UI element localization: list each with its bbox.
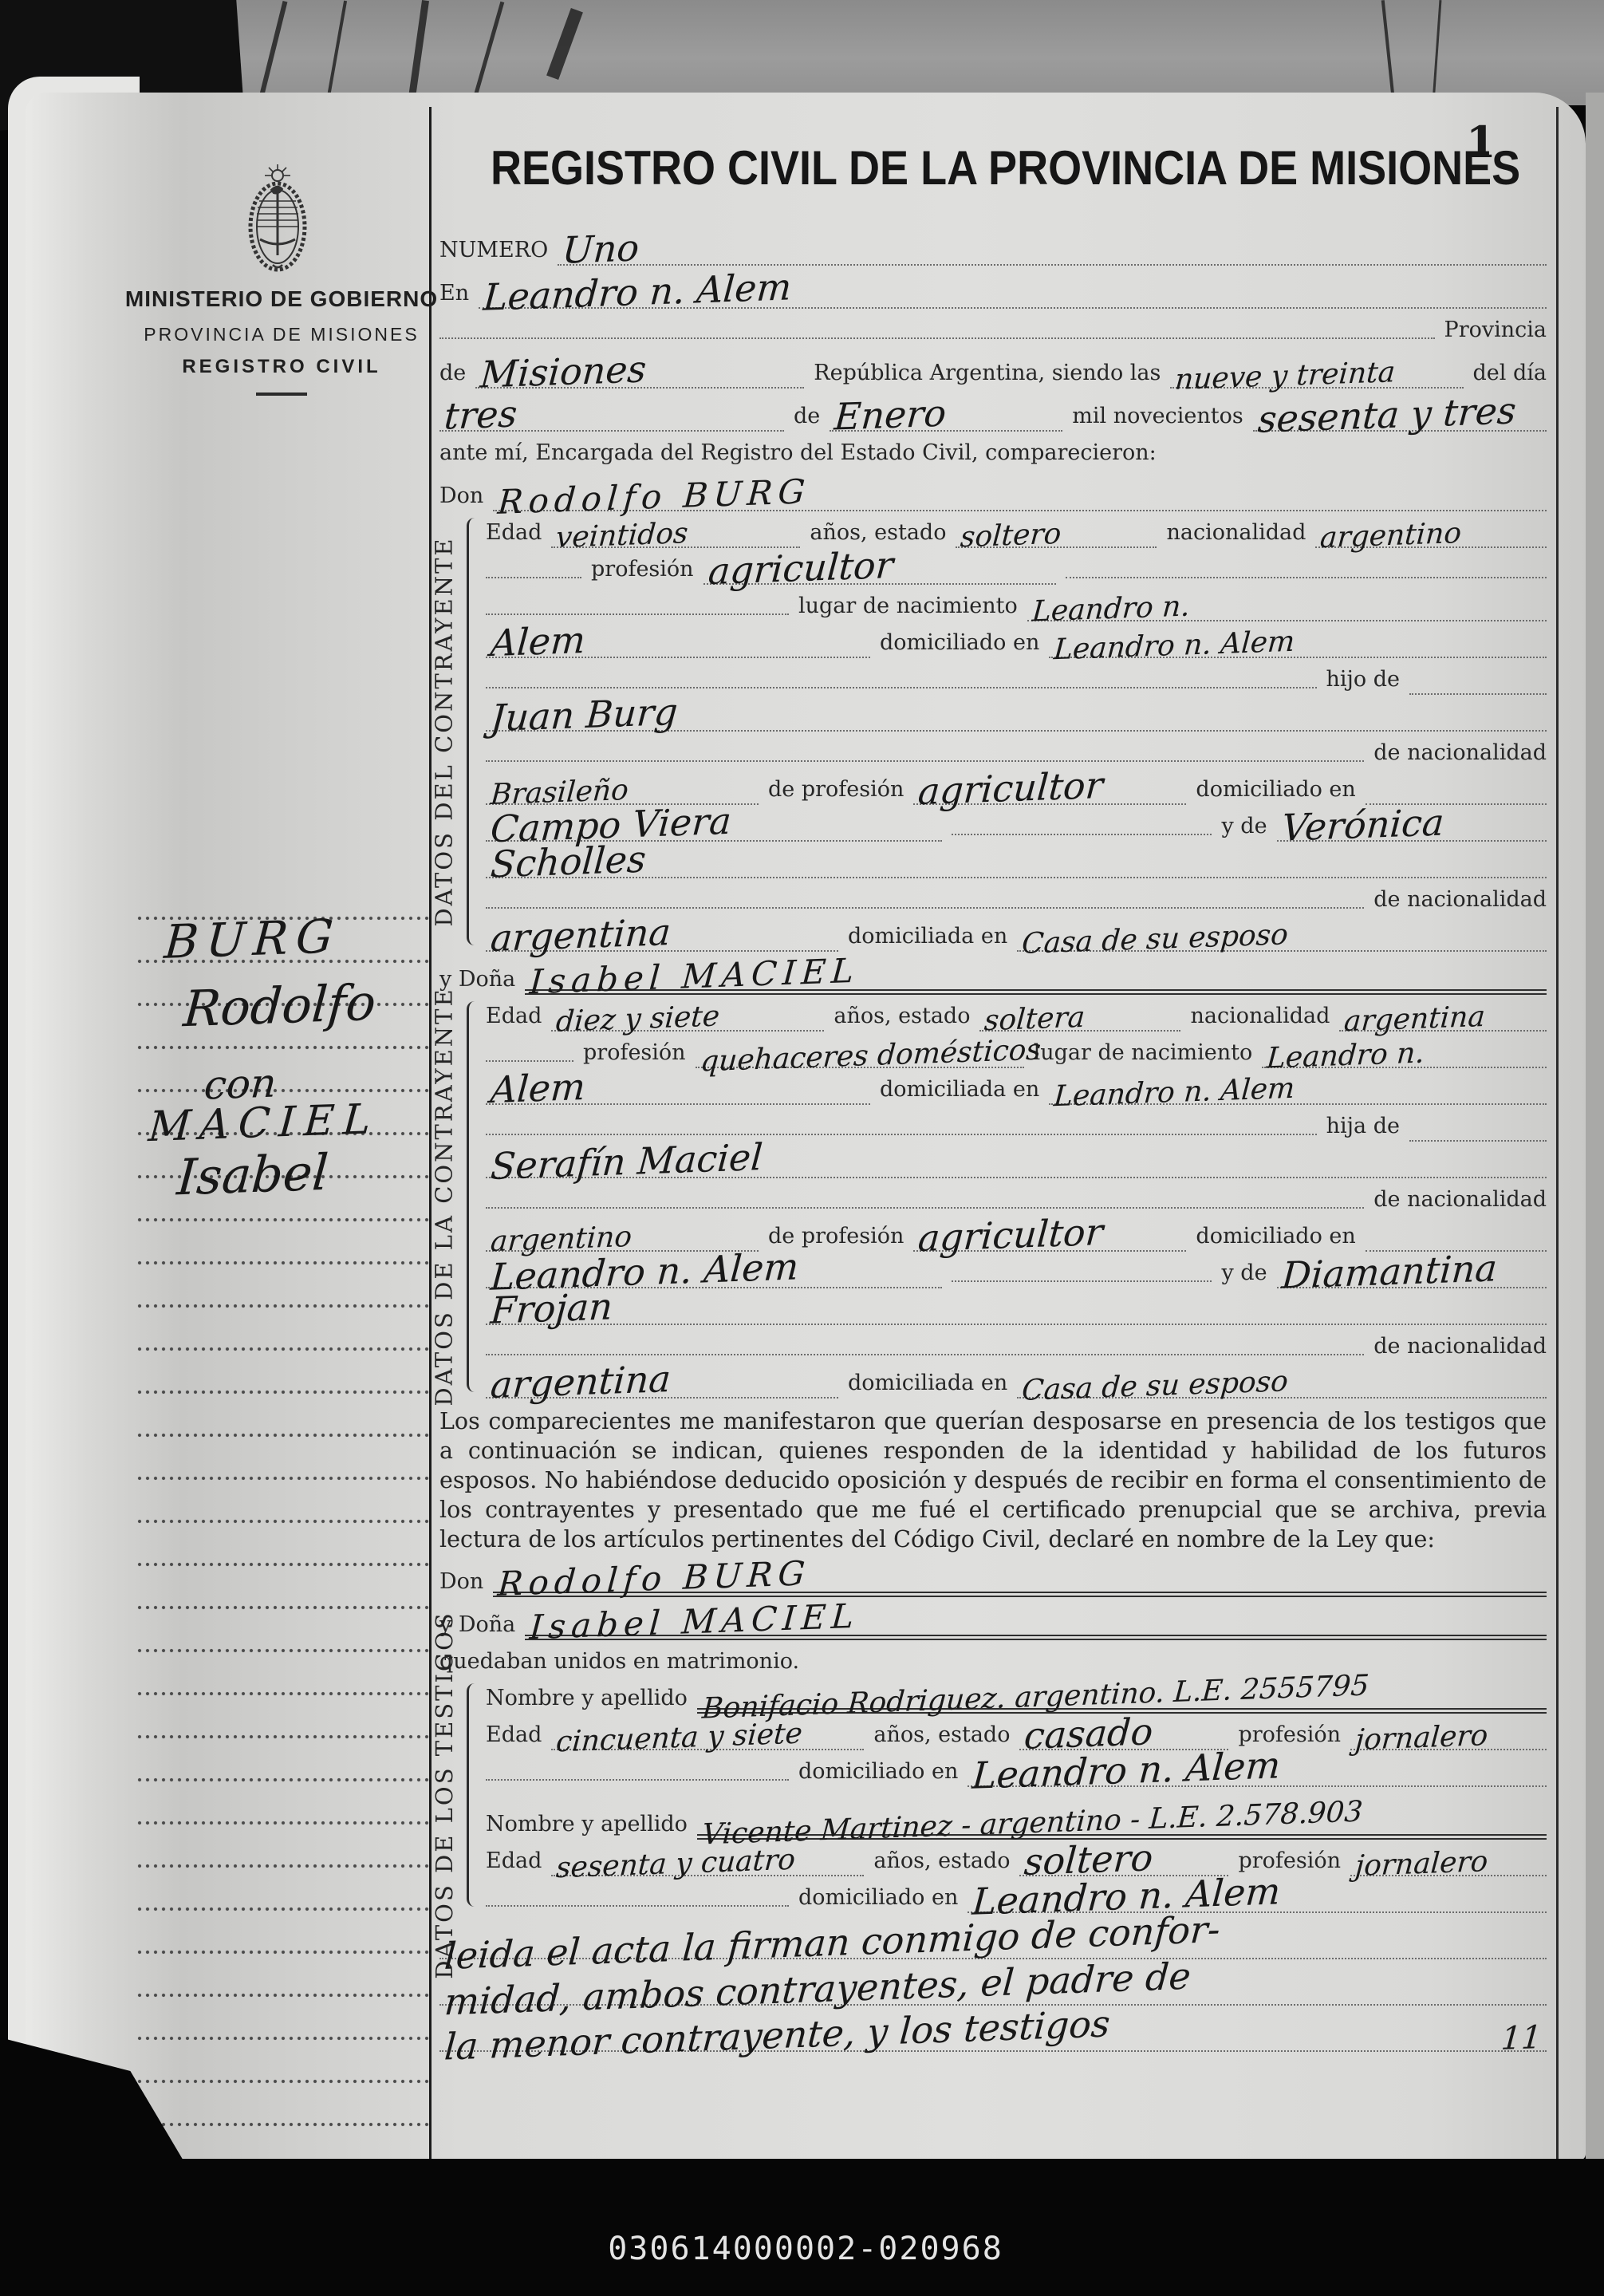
groom-padre-domicilio-field: Campo Viera: [486, 808, 942, 842]
ministry-divider: [256, 393, 307, 396]
bride-padre-value: Serafín Maciel: [490, 1140, 764, 1185]
bride-padre-profesion-field: agricultor: [913, 1218, 1186, 1252]
empty-field: [1409, 1140, 1547, 1142]
row-w1-nombre: Nombre y apellido Bonifacio Rodriguez. a…: [481, 1677, 1551, 1714]
row-groom-domicilio: Alem domiciliado en Leandro n. Alem: [481, 621, 1551, 658]
row-w1-domicilio: domiciliado en Leandro n. Alem: [481, 1750, 1551, 1787]
bride-madre-domicilio-field: Casa de su esposo: [1017, 1373, 1547, 1399]
dotted-rule: [486, 1132, 1317, 1135]
lugar-nacimiento-label-2: lugar de nacimiento: [1034, 1040, 1253, 1068]
bride-padre-domicilio-field: Leandro n. Alem: [486, 1255, 942, 1288]
dotted-rule: [486, 1352, 1364, 1355]
closing-mark: 11: [1500, 2022, 1543, 2054]
groom-nacionalidad-value: argentino: [1319, 520, 1462, 552]
bride-madre-field: Diamantina: [1277, 1255, 1547, 1288]
bride-edad-field: diez y siete: [551, 1006, 824, 1032]
dotted-rule: [1066, 575, 1547, 578]
groom-madre-nacionalidad-value: argentina: [490, 915, 672, 957]
row-padre: Juan Burg: [481, 695, 1551, 732]
dotted-rule: [486, 759, 1364, 762]
republica-label: República Argentina, siendo las: [814, 361, 1161, 389]
margin-note-firstname-bride: Isabel: [175, 1150, 329, 1202]
groom-padre-value: Juan Burg: [490, 695, 680, 736]
mes-field: Enero: [830, 398, 1062, 432]
row-don: Don Rodolfo BURG: [435, 468, 1551, 511]
row-bride-edad: Edad diez y siete años, estado soltera n…: [481, 995, 1551, 1032]
w1-nombre-field: Bonifacio Rodriguez. argentino. L.E. 255…: [697, 1684, 1547, 1714]
scan-artifact: [546, 8, 583, 80]
row-bride-domicilio: Alem domiciliada en Leandro n. Alem: [481, 1068, 1551, 1105]
bride-edad-value: diez y siete: [555, 1003, 720, 1036]
groom-estado-value: soltero: [960, 521, 1062, 552]
provincia-value: Misiones: [479, 353, 648, 393]
ministry-block: MINISTERIO DE GOBIERNO PROVINCIA DE MISI…: [118, 281, 445, 396]
bride-profesion-field: quehaceres domésticos: [696, 1043, 1024, 1068]
row-united: quedaban unidos en matrimonio.: [435, 1640, 1551, 1677]
groom-madre-domicilio-field: Casa de su esposo: [1017, 926, 1547, 952]
row-madre-domicilio: argentina domiciliada en Casa de su espo…: [481, 915, 1551, 952]
scan-artifact: [473, 2, 505, 99]
groom-padre-field: Juan Burg: [486, 698, 1547, 732]
row-bride-padre-datos: argentino de profesión agricultor domici…: [481, 1215, 1551, 1252]
groom-nacimiento-field: Leandro n.: [1027, 596, 1547, 621]
margin-annotation: BURG Rodolfo con MACIEL Isabel: [137, 916, 429, 2157]
scan-artifact: [326, 1, 347, 102]
form-right-rule: [1556, 107, 1559, 2159]
scan-artifact: [1433, 0, 1442, 102]
y-de-label: y de: [1221, 814, 1267, 842]
declaration-paragraph: Los comparecientes me manifestaron que q…: [435, 1399, 1551, 1554]
nombre-apellido-label: Nombre y apellido: [486, 1686, 688, 1714]
w2-profesion-value: jornalero: [1354, 1848, 1489, 1880]
empty-field: [1409, 693, 1547, 695]
groom-madre-value-2: Scholles: [490, 842, 648, 883]
ministry-line-1: MINISTERIO DE GOBIERNO: [118, 281, 445, 318]
row-closing-1: leida el acta la firman conmigo de confo…: [435, 1913, 1551, 1959]
margin-note-firstname-groom: Rodolfo: [182, 980, 377, 1033]
row-groom-nacimiento: lugar de nacimiento Leandro n.: [481, 585, 1551, 621]
row-declaration-dona: y Doña Isabel MACIEL: [435, 1597, 1551, 1640]
dotted-rule: [486, 1205, 1364, 1209]
bride-nacimiento-field: Leandro n.: [1262, 1043, 1547, 1068]
anio-value: sesenta y tres: [1256, 394, 1517, 438]
w1-profesion-field: jornalero: [1350, 1725, 1547, 1750]
domiciliado-label: domiciliado en: [880, 630, 1039, 658]
row-bride-padre: Serafín Maciel: [481, 1142, 1551, 1178]
groom-domicilio-field: Leandro n. Alem: [1049, 633, 1547, 658]
form-title: REGISTRO CIVIL DE LA PROVINCIA DE MISION…: [491, 140, 1496, 195]
dotted-rule: [486, 575, 581, 578]
w2-edad-value: sesenta y cuatro: [555, 1847, 796, 1883]
row-hijo-de: hijo de: [481, 658, 1551, 695]
closing-line-2-field: midad, ambos contrayentes, el padre de: [439, 1972, 1547, 2006]
groom-profesion-value: agricultor: [707, 548, 894, 590]
row-en: En Leandro n. Alem: [435, 266, 1551, 309]
don-label: Don: [439, 483, 483, 511]
w2-edad-field: sesenta y cuatro: [551, 1851, 864, 1876]
lugar-nacimiento-label: lugar de nacimiento: [798, 594, 1018, 621]
dia-field: tres: [439, 398, 784, 432]
row-de-provincia: de Misiones República Argentina, siendo …: [435, 345, 1551, 389]
bride-section: DATOS DE LA CONTRAYENTE Edad diez y siet…: [435, 995, 1551, 1399]
row-declaration-don: Don Rodolfo BURG: [435, 1554, 1551, 1597]
nacionalidad-label: nacionalidad: [1166, 520, 1306, 548]
row-bride-madre-domicilio: argentina domiciliada en Casa de su espo…: [481, 1362, 1551, 1399]
bride-nacionalidad-value: argentina: [1343, 1004, 1486, 1036]
witnesses-section: DATOS DE LOS TESTIGOS Nombre y apellido …: [435, 1677, 1551, 1913]
dotted-rule: [486, 1903, 789, 1907]
row-bride-padre-nacionalidad-label: de nacionalidad: [481, 1178, 1551, 1215]
numero-label: NUMERO: [439, 238, 548, 266]
groom-nacionalidad-field: argentino: [1315, 523, 1547, 548]
scan-bottom-band: [0, 2159, 1604, 2296]
groom-brace: [467, 518, 479, 945]
groom-nacimiento-value-1: Leandro n.: [1031, 593, 1191, 625]
groom-nacimiento-value-2: Alem: [490, 623, 587, 661]
form-body: REGISTRO CIVIL DE LA PROVINCIA DE MISION…: [435, 118, 1551, 2052]
bride-nacimiento-field-2: Alem: [486, 1071, 870, 1105]
hijo-de-label: hijo de: [1326, 667, 1401, 695]
anio-field: sesenta y tres: [1253, 398, 1547, 432]
ministry-line-3: REGISTRO CIVIL: [118, 351, 445, 383]
bride-nacimiento-value-1: Leandro n.: [1266, 1040, 1425, 1072]
anos-estado-label-2: años, estado: [834, 1004, 970, 1032]
page-right-edge: [1586, 93, 1604, 2160]
row-bride-madre-2: Frojan: [481, 1288, 1551, 1325]
margin-note-surname-bride: MACIEL: [147, 1100, 380, 1148]
archive-reference-code: 030614000002-020968: [606, 2231, 1005, 2267]
row-w2-edad: Edad sesenta y cuatro años, estado solte…: [481, 1840, 1551, 1876]
domiciliado-label-2: domiciliado en: [1196, 777, 1355, 805]
w2-domicilio-field: Leandro n. Alem: [968, 1880, 1547, 1913]
de-nacionalidad-label-4: de nacionalidad: [1373, 1334, 1547, 1362]
edad-label-3: Edad: [486, 1722, 542, 1750]
lugar-value: Leandro n. Alem: [483, 270, 793, 316]
dotted-rule: [952, 832, 1212, 835]
row-bride-madre-nacionalidad-label: de nacionalidad: [481, 1325, 1551, 1362]
bride-estado-value: soltera: [983, 1004, 1086, 1036]
edad-label: Edad: [486, 520, 542, 548]
groom-domicilio-value: Leandro n. Alem: [1053, 628, 1295, 664]
groom-padre-profesion-value: agricultor: [917, 768, 1105, 810]
y-de-label-2: y de: [1221, 1260, 1267, 1288]
numero-value: Uno: [562, 231, 640, 269]
dona-field: Isabel MACIEL: [525, 961, 1547, 995]
declaration-don-value: Rodolfo BURG: [497, 1557, 812, 1600]
bride-padre-profesion-value: agricultor: [917, 1215, 1105, 1256]
nacionalidad-label-2: nacionalidad: [1190, 1004, 1330, 1032]
dia-value: tres: [443, 397, 518, 435]
row-numero: NUMERO Uno: [435, 223, 1551, 266]
de-nacionalidad-label-3: de nacionalidad: [1373, 1187, 1547, 1215]
dotted-rule: [486, 612, 789, 615]
bride-madre-value-2: Frojan: [490, 1290, 614, 1329]
row-padre-domicilio: Campo Viera y de Verónica: [481, 805, 1551, 842]
witnesses-brace: [467, 1683, 479, 1907]
w1-edad-value: cincuenta y siete: [555, 1720, 803, 1756]
hora-value: nueve y treinta: [1174, 359, 1396, 394]
bride-madre-value-1: Diamantina: [1280, 1252, 1498, 1294]
declaration-dona-field: Isabel MACIEL: [525, 1606, 1547, 1640]
dotted-rule: [952, 1279, 1212, 1282]
bride-padre-field: Serafín Maciel: [486, 1145, 1547, 1178]
w2-estado-field: soltero: [1019, 1843, 1228, 1876]
groom-madre-field-2: Scholles: [486, 845, 1547, 878]
row-madre-2: Scholles: [481, 842, 1551, 878]
margin-note-surname-groom: BURG: [163, 914, 342, 965]
del-dia-label: del día: [1473, 361, 1547, 389]
hija-de-label: hija de: [1326, 1114, 1400, 1142]
ante-mi-label: ante mí, Encargada del Registro del Esta…: [439, 440, 1157, 468]
declaration-don-field: Rodolfo BURG: [493, 1563, 1547, 1597]
provincia-label: Provincia: [1444, 318, 1547, 345]
argentina-coat-of-arms-emblem: [230, 163, 325, 282]
row-fecha: tres de Enero mil novecientos sesenta y …: [435, 389, 1551, 432]
mil-novecientos-label: mil novecientos: [1072, 404, 1243, 432]
hora-field: nueve y treinta: [1170, 363, 1463, 389]
row-padre-datos: Brasileño de profesión agricultor domici…: [481, 768, 1551, 805]
bride-estado-field: soltera: [979, 1006, 1180, 1032]
closing-line-3-field: la menor contrayente, y los testigos11: [439, 2018, 1547, 2052]
groom-section: DATOS DEL CONTRAYENTE Edad veintidos año…: [435, 511, 1551, 952]
profesion-label: profesión: [591, 557, 694, 585]
row-y-dona: y Doña Isabel MACIEL: [435, 952, 1551, 995]
mes-value: Enero: [834, 396, 948, 436]
bride-madre-nacionalidad-field: argentina: [486, 1365, 838, 1399]
w1-profesion-value: jornalero: [1354, 1722, 1489, 1754]
groom-nacimiento-field-2: Alem: [486, 625, 870, 658]
de2-label: de: [794, 404, 820, 432]
groom-profesion-field: agricultor: [703, 551, 1056, 585]
de-nacionalidad-label-2: de nacionalidad: [1373, 887, 1547, 915]
dotted-rule: [486, 1777, 789, 1781]
row-bride-padre-domicilio: Leandro n. Alem y de Diamantina: [481, 1252, 1551, 1288]
don-field: Rodolfo BURG: [493, 481, 1547, 511]
declaration-dona-value: Isabel MACIEL: [529, 1600, 861, 1643]
nombre-apellido-label-2: Nombre y apellido: [486, 1812, 688, 1840]
row-w2-domicilio: domiciliado en Leandro n. Alem: [481, 1876, 1551, 1913]
row-groom-profesion: profesión agricultor: [481, 548, 1551, 585]
scanned-registry-page: 1 MINISTERIO DE GOBIERNO PROVINCIA DE: [0, 0, 1604, 2296]
row-madre-nacionalidad-label: de nacionalidad: [481, 878, 1551, 915]
ministry-line-2: PROVINCIA DE MISIONES: [118, 318, 445, 351]
domiciliada-label-2: domiciliada en: [880, 1077, 1039, 1105]
w2-nombre-field: Vicente Martinez - argentino - L.E. 2.57…: [697, 1810, 1547, 1840]
closing-line-1-field: leida el acta la firman conmigo de confo…: [439, 1926, 1547, 1959]
domiciliada-label-3: domiciliada en: [848, 1371, 1007, 1399]
groom-estado-field: soltero: [956, 523, 1157, 548]
bride-side-label: DATOS DE LA CONTRAYENTE: [425, 995, 463, 1399]
dotted-rule: [486, 905, 1364, 909]
groom-edad-field: veintidos: [551, 523, 800, 548]
scan-artifact: [260, 1, 288, 95]
dotted-rule: [486, 685, 1317, 688]
witnesses-side-label: DATOS DE LOS TESTIGOS: [425, 1677, 463, 1913]
w1-edad-field: cincuenta y siete: [551, 1725, 864, 1750]
domiciliado-label-3: domiciliado en: [1196, 1224, 1355, 1252]
anos-estado-label-4: años, estado: [873, 1848, 1010, 1876]
profesion-label-2: profesión: [583, 1040, 686, 1068]
scan-artifact: [408, 0, 429, 104]
row-w2-nombre: Nombre y apellido Vicente Martinez - arg…: [481, 1803, 1551, 1840]
bride-domicilio-value: Leandro n. Alem: [1053, 1075, 1295, 1111]
groom-padre-profesion-field: agricultor: [913, 771, 1186, 805]
numero-field: Uno: [558, 232, 1547, 266]
dotted-rule: [439, 336, 1435, 339]
bride-madre-field-2: Frojan: [486, 1292, 1547, 1325]
row-padre-nacionalidad-label: de nacionalidad: [481, 732, 1551, 768]
dona-value: Isabel MACIEL: [529, 955, 861, 998]
domiciliado-label-4: domiciliado en: [798, 1759, 958, 1787]
united-label: quedaban unidos en matrimonio.: [439, 1649, 799, 1677]
anos-estado-label-3: años, estado: [873, 1722, 1010, 1750]
w1-estado-field: casado: [1019, 1717, 1228, 1750]
de-label: de: [439, 361, 466, 389]
row-groom-edad: Edad veintidos años, estado soltero naci…: [481, 511, 1551, 548]
domiciliada-label: domiciliada en: [848, 924, 1007, 952]
groom-madre-value-1: Verónica: [1280, 806, 1444, 846]
en-field: Leandro n. Alem: [479, 275, 1547, 309]
bride-brace: [467, 1001, 479, 1392]
groom-madre-nacionalidad-field: argentina: [486, 918, 838, 952]
de-profesion-label: de profesión: [768, 777, 904, 805]
scan-artifact: [1381, 0, 1395, 96]
row-bride-profesion: profesión quehaceres domésticos lugar de…: [481, 1032, 1551, 1068]
row-w1-edad: Edad cincuenta y siete años, estado casa…: [481, 1714, 1551, 1750]
dotted-rule: [486, 1059, 573, 1062]
bride-madre-nacionalidad-value: argentina: [490, 1362, 672, 1403]
groom-side-label: DATOS DEL CONTRAYENTE: [425, 511, 463, 952]
en-label: En: [439, 281, 469, 309]
w2-profesion-field: jornalero: [1350, 1851, 1547, 1876]
edad-label-4: Edad: [486, 1848, 542, 1876]
closing-note: leida el acta la firman conmigo de confo…: [435, 1913, 1551, 2052]
bride-domicilio-field: Leandro n. Alem: [1049, 1079, 1547, 1105]
bride-nacimiento-value-2: Alem: [490, 1070, 587, 1108]
row-ante-mi: ante mí, Encargada del Registro del Esta…: [435, 432, 1551, 468]
w1-domicilio-value: Leandro n. Alem: [971, 1749, 1282, 1794]
groom-madre-field: Verónica: [1277, 808, 1547, 842]
don-label-2: Don: [439, 1569, 483, 1597]
w1-domicilio-field: Leandro n. Alem: [968, 1754, 1547, 1787]
de-nacionalidad-label: de nacionalidad: [1373, 740, 1547, 768]
provincia-field: Misiones: [475, 355, 804, 389]
bride-nacionalidad-field: argentina: [1339, 1006, 1547, 1032]
groom-edad-value: veintidos: [555, 520, 689, 552]
edad-label-2: Edad: [486, 1004, 542, 1032]
row-hija-de: hija de: [481, 1105, 1551, 1142]
domiciliado-label-5: domiciliado en: [798, 1885, 958, 1913]
